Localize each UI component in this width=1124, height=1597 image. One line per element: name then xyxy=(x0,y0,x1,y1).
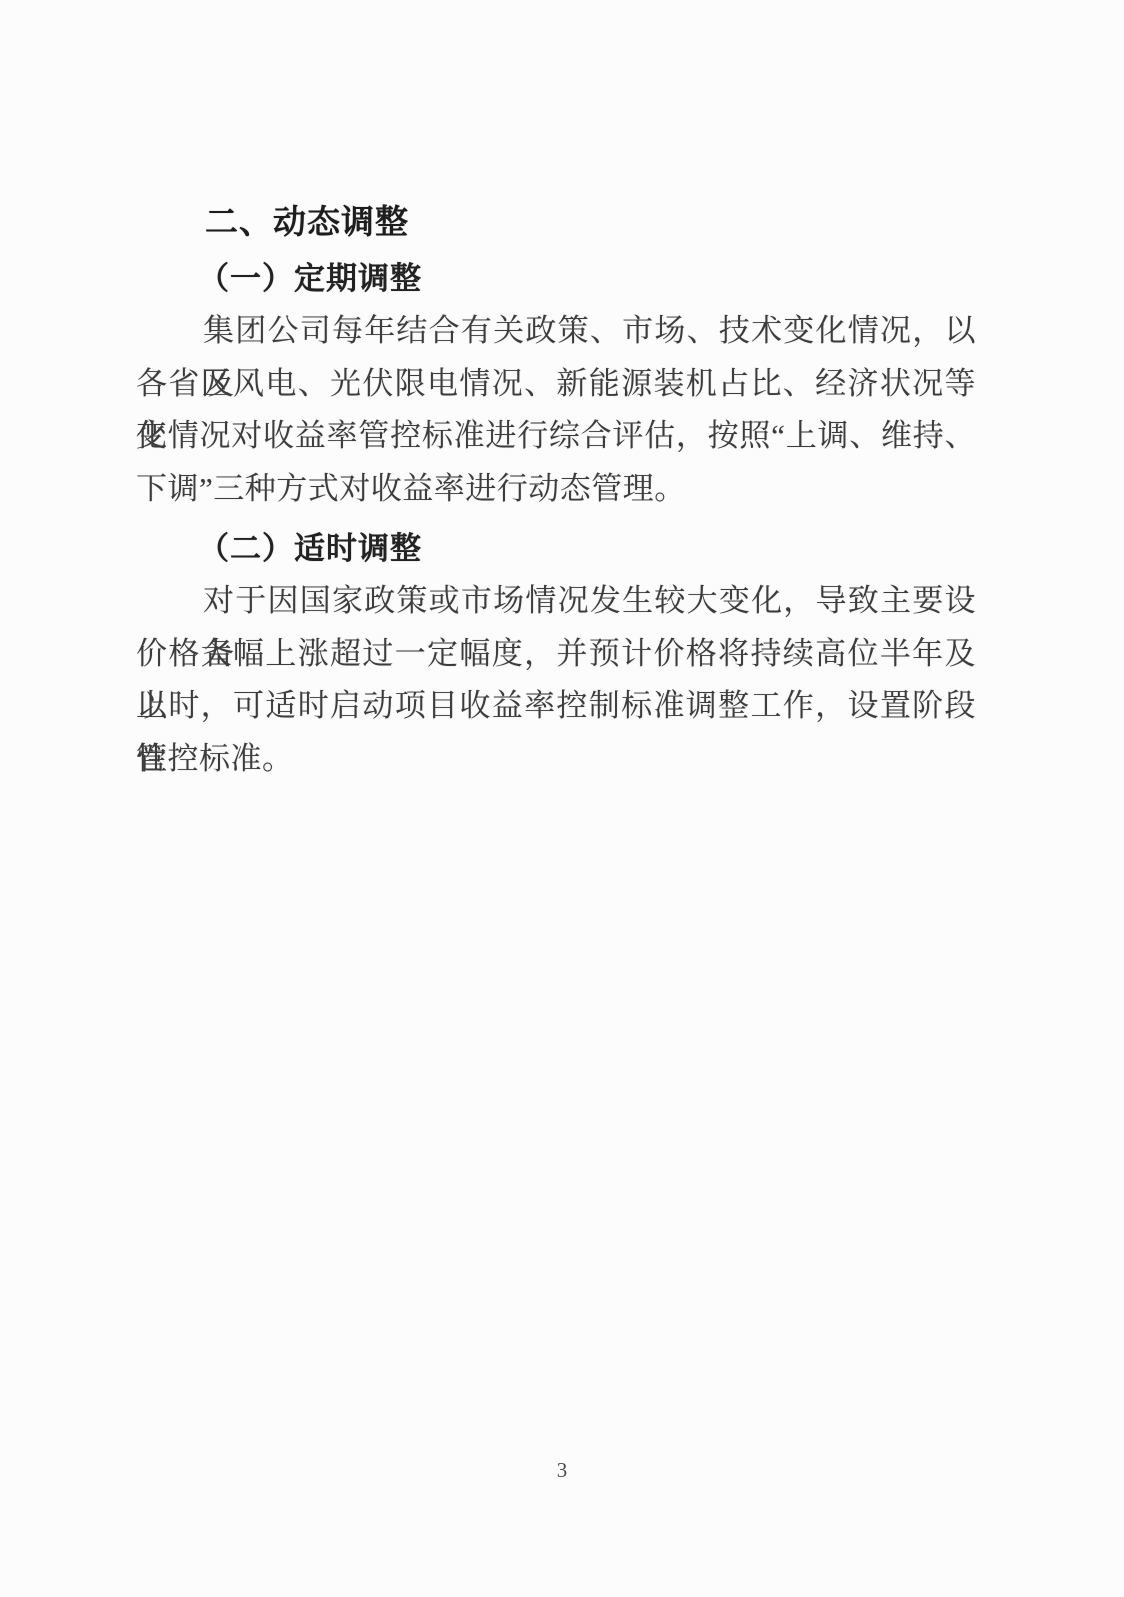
document-body: 二、动态调整 （一）定期调整 集团公司每年结合有关政策、市场、技术变化情况，以及… xyxy=(136,196,976,785)
section-2-paragraph-line: 管控标准。 xyxy=(136,733,976,786)
section-1-paragraph-line: 各省区风电、光伏限电情况、新能源装机占比、经济状况等变 xyxy=(136,358,976,411)
section-1-heading: （一）定期调整 xyxy=(136,252,976,305)
chapter-heading: 二、动态调整 xyxy=(136,196,976,248)
section-2-paragraph-line: 对于因国家政策或市场情况发生较大变化，导致主要设备 xyxy=(136,575,976,628)
page-number: 3 xyxy=(0,1458,1124,1483)
section-2-heading: （二）适时调整 xyxy=(136,522,976,575)
document-page: 二、动态调整 （一）定期调整 集团公司每年结合有关政策、市场、技术变化情况，以及… xyxy=(0,0,1124,1597)
section-2-paragraph-line: 上时，可适时启动项目收益率控制标准调整工作，设置阶段性 xyxy=(136,680,976,733)
section-1-paragraph-line: 集团公司每年结合有关政策、市场、技术变化情况，以及 xyxy=(136,305,976,358)
section-2-paragraph-line: 价格大幅上涨超过一定幅度，并预计价格将持续高位半年及以 xyxy=(136,628,976,681)
section-1-paragraph-line: 化情况对收益率管控标准进行综合评估，按照“上调、维持、 xyxy=(136,410,976,463)
section-1-paragraph-line: 下调”三种方式对收益率进行动态管理。 xyxy=(136,463,976,516)
